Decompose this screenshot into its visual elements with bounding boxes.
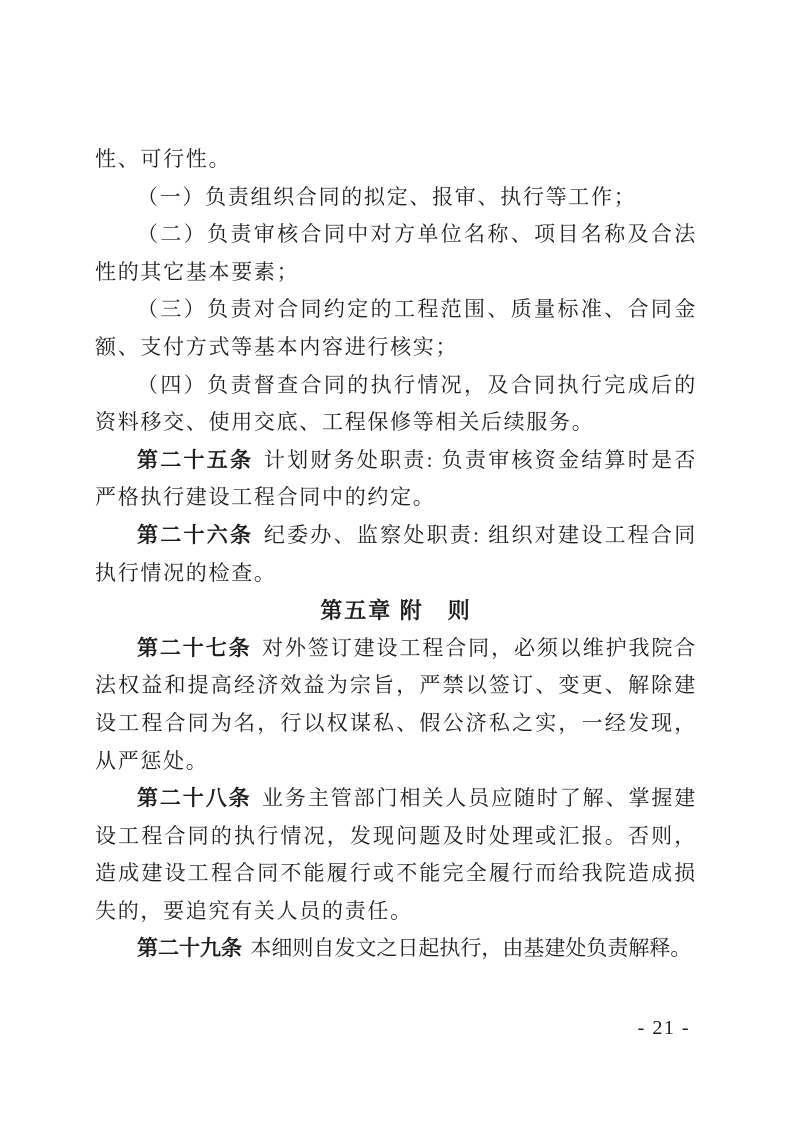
- page-number: - 21 -: [638, 1017, 690, 1040]
- clause-item-4: （四）负责督查合同的执行情况，及合同执行完成后的资料移交、使用交底、工程保修等相…: [95, 367, 697, 442]
- document-page: 性、可行性。 （一）负责组织合同的拟定、报审、执行等工作； （二）负责审核合同中…: [0, 0, 794, 1123]
- article-28-number: 第二十八条: [137, 786, 252, 810]
- article-29-number: 第二十九条: [137, 936, 242, 960]
- article-25-number: 第二十五条: [137, 448, 253, 472]
- article-27-number: 第二十七条: [137, 636, 252, 660]
- paragraph-text: （二）负责审核合同中对方单位名称、项目名称及合法性的其它基本要素；: [95, 222, 697, 284]
- article-29: 第二十九条本细则自发文之日起执行，由基建处负责解释。: [95, 930, 697, 968]
- article-27: 第二十七条对外签订建设工程合同，必须以维护我院合法权益和提高经济效益为宗旨，严禁…: [95, 630, 697, 780]
- paragraph-continuation: 性、可行性。: [95, 141, 697, 179]
- article-28: 第二十八条业务主管部门相关人员应随时了解、掌握建设工程合同的执行情况，发现问题及…: [95, 780, 697, 930]
- article-26: 第二十六条纪委办、监察处职责: 组织对建设工程合同执行情况的检查。: [95, 517, 697, 592]
- article-25: 第二十五条计划财务处职责: 负责审核资金结算时是否严格执行建设工程合同中的约定。: [95, 442, 697, 517]
- clause-item-1: （一）负责组织合同的拟定、报审、执行等工作；: [95, 179, 697, 217]
- article-29-text: 本细则自发文之日起执行，由基建处负责解释。: [250, 936, 691, 960]
- clause-item-3: （三）负责对合同约定的工程范围、质量标准、合同金额、支付方式等基本内容进行核实；: [95, 291, 697, 366]
- paragraph-text: 性、可行性。: [95, 147, 231, 171]
- article-26-number: 第二十六条: [137, 523, 253, 547]
- paragraph-text: （四）负责督查合同的执行情况，及合同执行完成后的资料移交、使用交底、工程保修等相…: [95, 373, 697, 435]
- chapter-5-heading: 第五章 附 则: [95, 592, 697, 630]
- paragraph-text: （一）负责组织合同的拟定、报审、执行等工作；: [137, 185, 636, 209]
- document-body: 性、可行性。 （一）负责组织合同的拟定、报审、执行等工作； （二）负责审核合同中…: [95, 141, 697, 968]
- paragraph-text: （三）负责对合同约定的工程范围、质量标准、合同金额、支付方式等基本内容进行核实；: [95, 297, 697, 359]
- clause-item-2: （二）负责审核合同中对方单位名称、项目名称及合法性的其它基本要素；: [95, 216, 697, 291]
